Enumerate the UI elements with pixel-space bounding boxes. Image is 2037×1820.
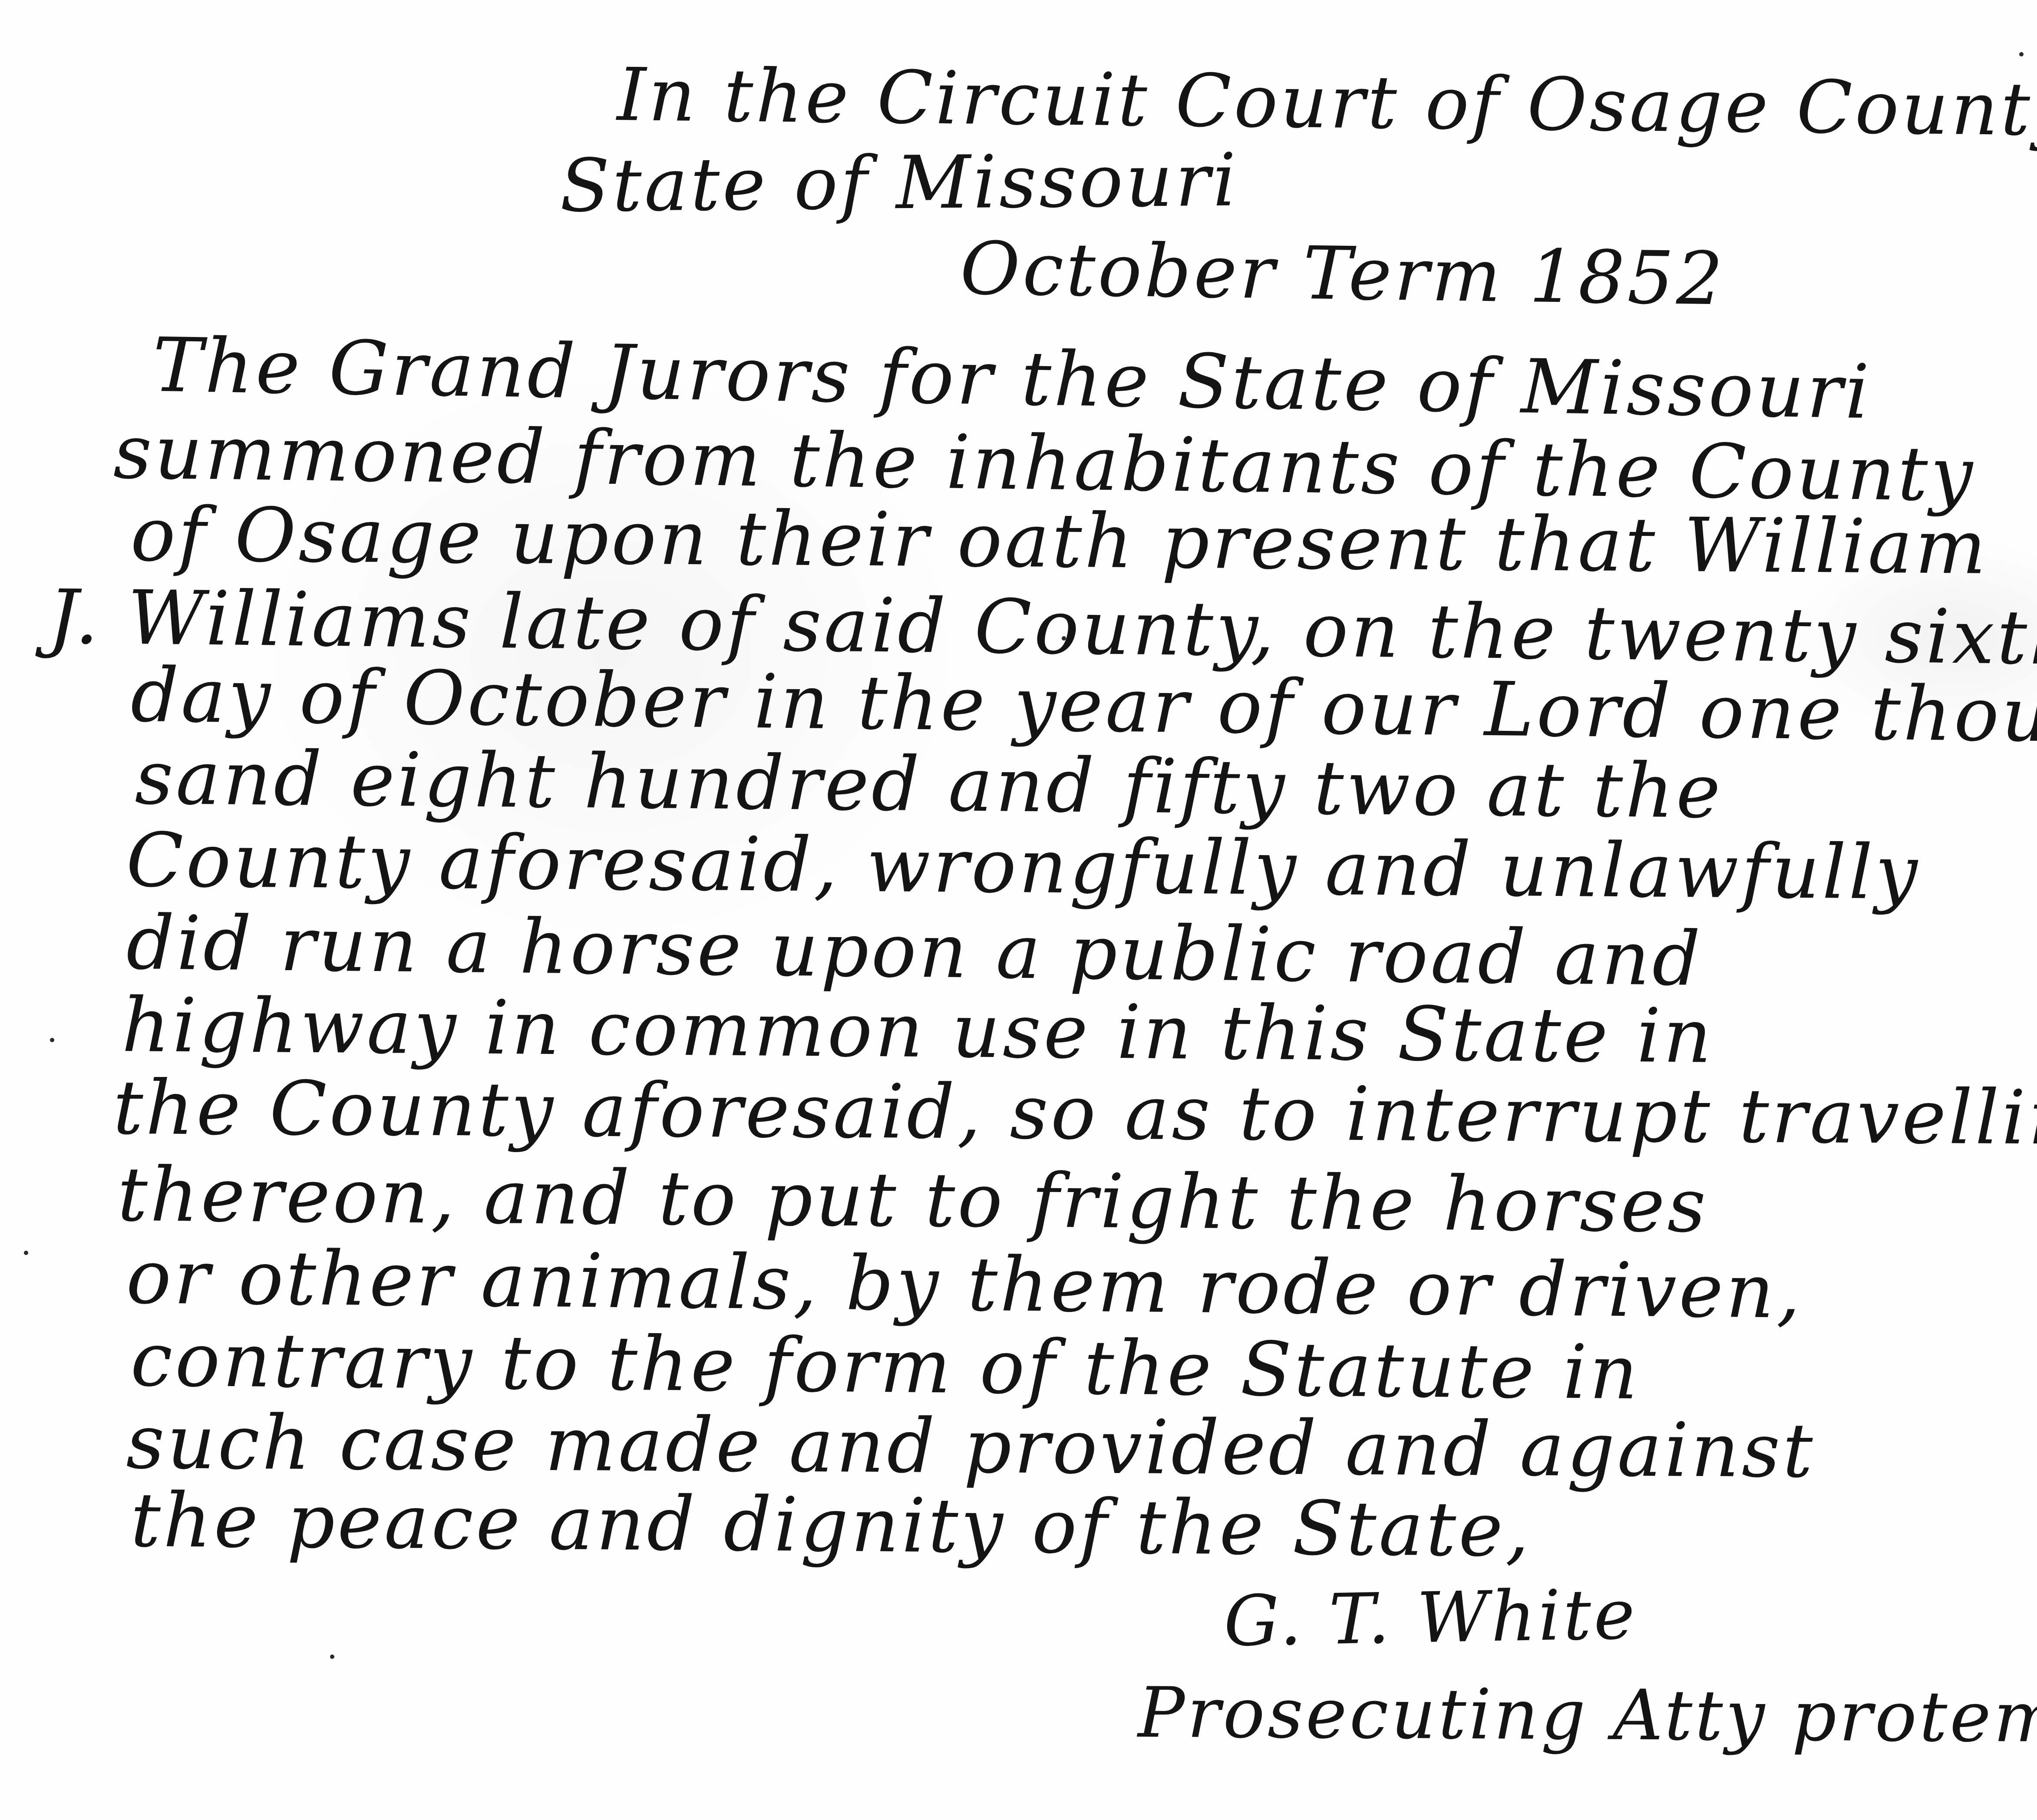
scan-speck bbox=[2019, 52, 2024, 56]
scan-speck bbox=[50, 1038, 54, 1042]
signature-title: Prosecuting Atty protem bbox=[1138, 1672, 2037, 1758]
scan-speck bbox=[24, 1251, 28, 1255]
term-heading: October Term 1852 bbox=[960, 226, 1726, 322]
body-line-11: thereon, and to put to fright the horses bbox=[117, 1151, 1709, 1249]
body-line-15: the peace and dignity of the State, bbox=[130, 1476, 1532, 1574]
scan-speck bbox=[1062, 636, 1066, 641]
body-line-7: County aforesaid, wrongfully and unlawfu… bbox=[126, 816, 1920, 916]
document-page: In the Circuit Court of Osage County Sta… bbox=[0, 0, 2037, 1820]
body-line-3: of Osage upon their oath present that Wi… bbox=[130, 491, 1989, 591]
state-heading: State of Missouri bbox=[559, 137, 1239, 228]
court-heading: In the Circuit Court of Osage County bbox=[617, 52, 2037, 152]
body-line-10: the County aforesaid, so as to interrupt… bbox=[113, 1064, 2037, 1162]
signature-name: G. T. White bbox=[1223, 1573, 1638, 1662]
scan-speck bbox=[330, 1655, 334, 1659]
